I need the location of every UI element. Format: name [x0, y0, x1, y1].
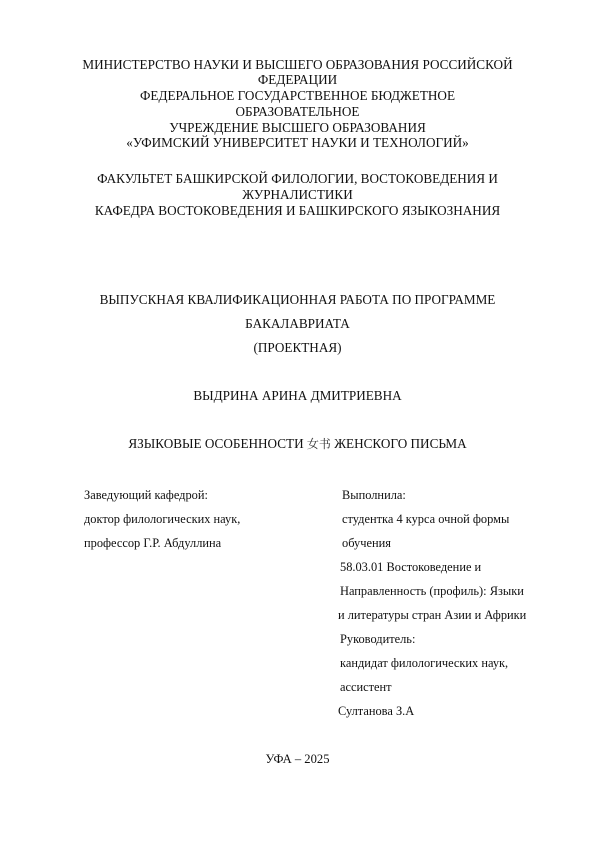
student-form: обучения — [342, 536, 391, 551]
profile-line-2: и литературы стран Азии и Африки — [338, 608, 526, 623]
faculty-line-1: ФАКУЛЬТЕТ БАШКИРСКОЙ ФИЛОЛОГИИ, ВОСТОКОВ… — [0, 171, 595, 186]
student-course: студентка 4 курса очной формы — [342, 512, 509, 527]
title-page: МИНИСТЕРСТВО НАУКИ И ВЫСШЕГО ОБРАЗОВАНИЯ… — [0, 0, 595, 841]
head-of-department-label: Заведующий кафедрой: — [84, 488, 208, 503]
faculty-line-2: ЖУРНАЛИСТИКИ — [0, 187, 595, 202]
work-type-line-1: ВЫПУСКНАЯ КВАЛИФИКАЦИОННАЯ РАБОТА ПО ПРО… — [0, 292, 595, 307]
thesis-title-part-1: ЯЗЫКОВЫЕ ОСОБЕННОСТИ — [128, 436, 307, 451]
supervisor-name: Султанова З.А — [338, 704, 414, 719]
work-type-line-2: БАКАЛАВРИАТА — [0, 316, 595, 331]
thesis-title-cjk: 女书 — [307, 437, 331, 451]
department-line: КАФЕДРА ВОСТОКОВЕДЕНИЯ И БАШКИРСКОГО ЯЗЫ… — [0, 203, 595, 218]
supervisor-position: ассистент — [340, 680, 392, 695]
head-name: профессор Г.Р. Абдуллина — [84, 536, 221, 551]
ministry-line-1: МИНИСТЕРСТВО НАУКИ И ВЫСШЕГО ОБРАЗОВАНИЯ… — [0, 57, 595, 72]
ministry-line-2: ФЕДЕРАЦИИ — [0, 72, 595, 87]
performed-by-label: Выполнила: — [342, 488, 406, 503]
ministry-line-5: УЧРЕЖДЕНИЕ ВЫСШЕГО ОБРАЗОВАНИЯ — [0, 120, 595, 135]
thesis-title-part-2: ЖЕНСКОГО ПИСЬМА — [331, 436, 467, 451]
thesis-title: ЯЗЫКОВЫЕ ОСОБЕННОСТИ 女书 ЖЕНСКОГО ПИСЬМА — [0, 436, 595, 452]
author-name: ВЫДРИНА АРИНА ДМИТРИЕВНА — [0, 388, 595, 403]
profile-line-1: Направленность (профиль): Языки — [340, 584, 524, 599]
head-degree: доктор филологических наук, — [84, 512, 240, 527]
specialty-code: 58.03.01 Востоковедение и — [340, 560, 481, 575]
university-name: «УФИМСКИЙ УНИВЕРСИТЕТ НАУКИ И ТЕХНОЛОГИЙ… — [0, 135, 595, 150]
supervisor-degree: кандидат филологических наук, — [340, 656, 508, 671]
supervisor-label: Руководитель: — [340, 632, 415, 647]
city-year: УФА – 2025 — [0, 752, 595, 767]
ministry-line-3: ФЕДЕРАЛЬНОЕ ГОСУДАРСТВЕННОЕ БЮДЖЕТНОЕ — [0, 88, 595, 103]
ministry-line-4: ОБРАЗОВАТЕЛЬНОЕ — [0, 104, 595, 119]
work-type-line-3: (ПРОЕКТНАЯ) — [0, 340, 595, 355]
